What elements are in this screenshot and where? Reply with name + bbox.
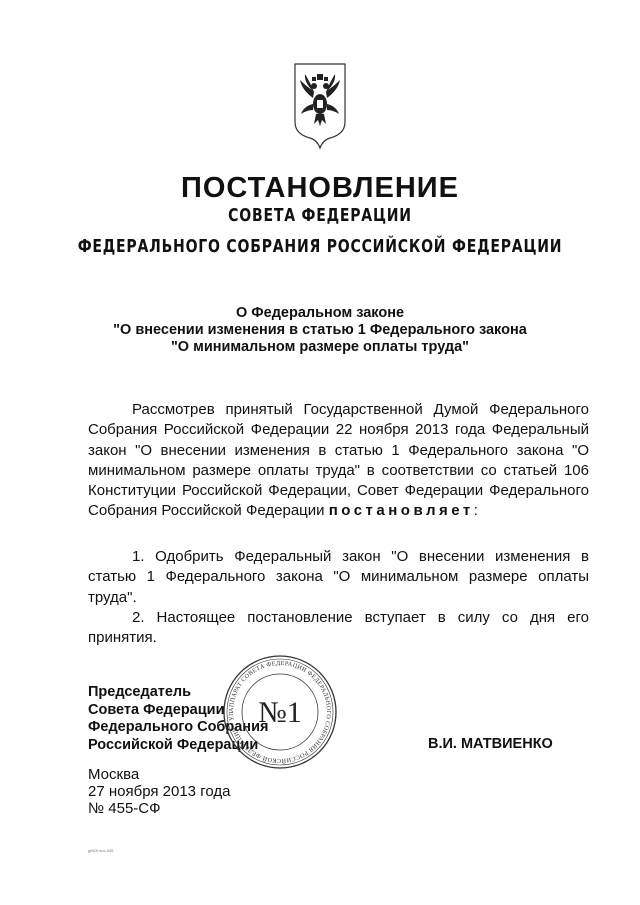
resolution-items: 1. Одобрить Федеральный закон "О внесени… [88,547,589,648]
subject-line: "О минимальном размере оплаты труда" [0,339,640,356]
signer-name: В.И. МАТВИЕНКО [428,736,553,752]
place-and-date: Москва 27 ноября 2013 года № 455-СФ [88,766,230,817]
document-subtitle-line2: ФЕДЕРАЛЬНОГО СОБРАНИЯ РОССИЙСКОЙ ФЕДЕРАЦ… [70,236,569,257]
city: Москва [88,766,230,783]
document-subtitle-line1: СОВЕТА ФЕДЕРАЦИИ [70,205,569,226]
coat-of-arms-icon [292,60,348,150]
subject-line: "О внесении изменения в статью 1 Федерал… [0,322,640,339]
document-subject: О Федеральном законе "О внесении изменен… [0,305,640,356]
document-title: ПОСТАНОВЛЕНИЕ [0,172,640,205]
decree-word: постановляет [329,502,474,519]
preamble-paragraph: Рассмотрев принятый Государственной Думо… [88,400,589,522]
official-stamp-icon: АППАРАТ СОВЕТА ФЕДЕРАЦИИ ФЕДЕРАЛЬНОГО СО… [222,654,338,770]
document-number: № 455-СФ [88,800,230,817]
file-reference: gf829.doc 645 [88,848,113,853]
resolution-item: 1. Одобрить Федеральный закон "О внесени… [88,547,589,608]
stamp-number: №1 [258,696,302,729]
date: 27 ноября 2013 года [88,783,230,800]
subject-line: О Федеральном законе [0,305,640,322]
resolution-item: 2. Настоящее постановление вступает в си… [88,608,589,649]
decree-colon: : [474,502,478,519]
